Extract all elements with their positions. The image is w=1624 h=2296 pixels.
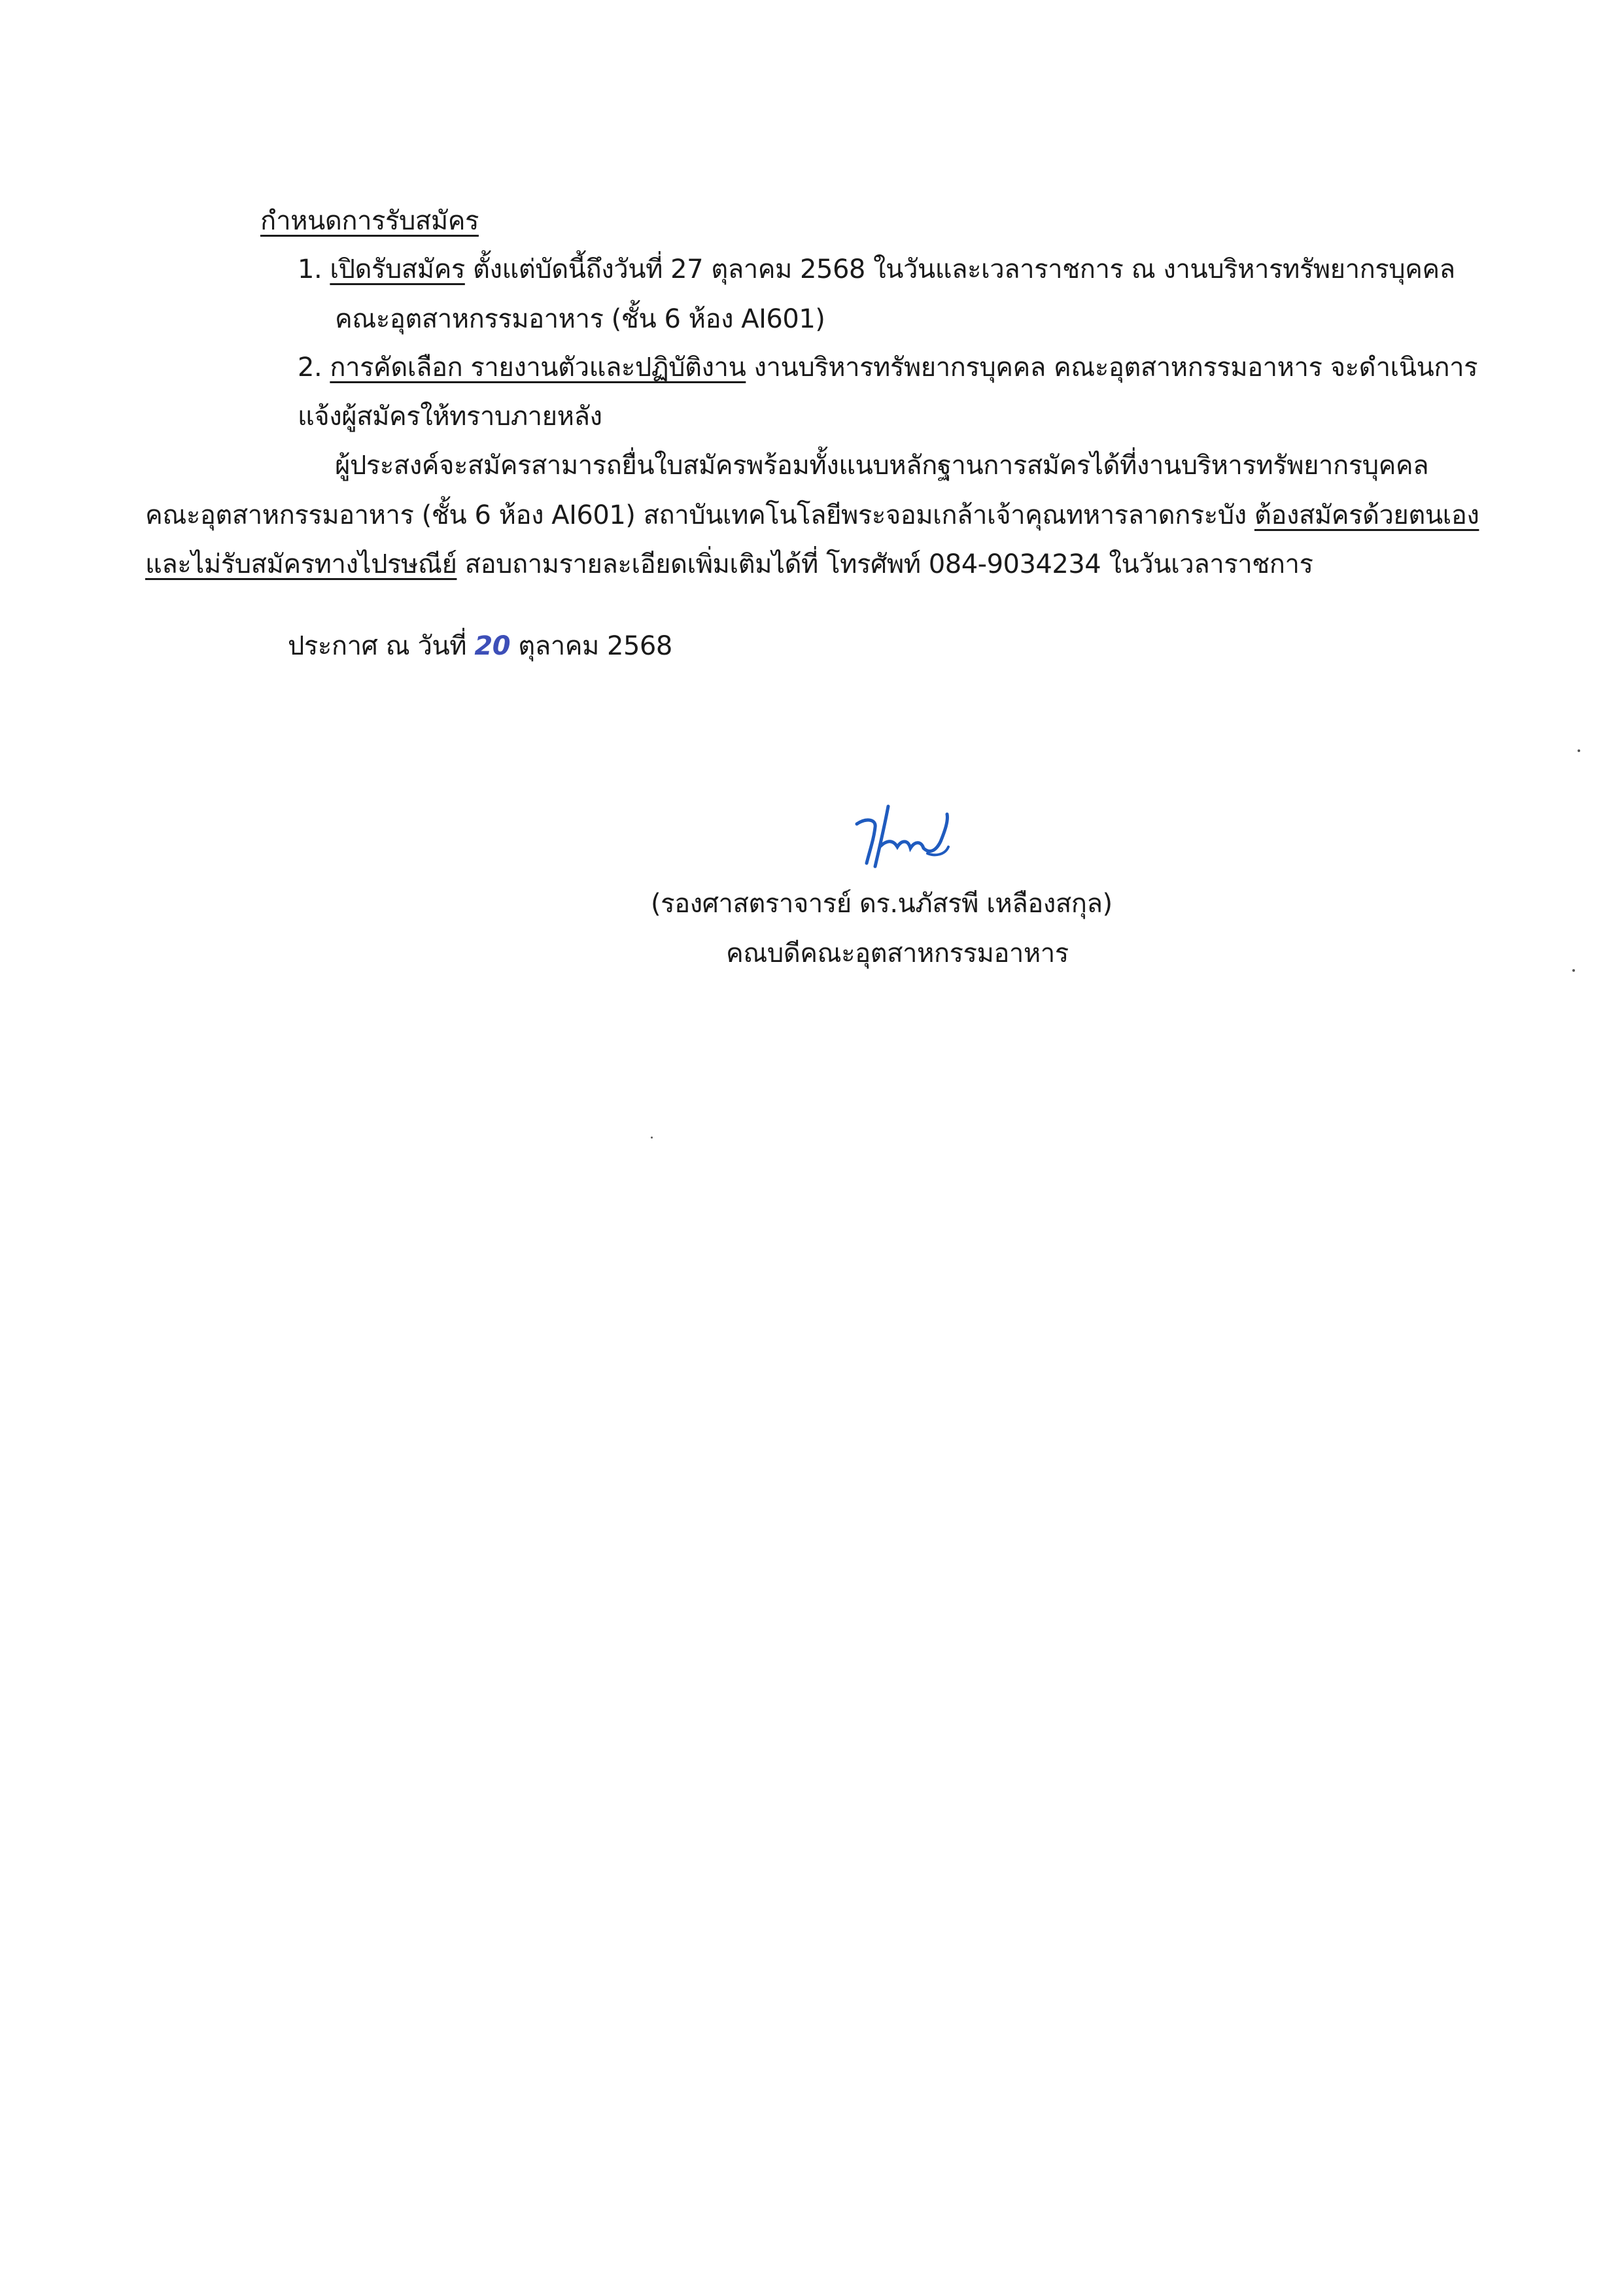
signature-image xyxy=(850,801,994,873)
paragraph-line-1: ผู้ประสงค์จะสมัครสามารถยื่นใบสมัครพร้อมท… xyxy=(335,453,1428,479)
scan-speck xyxy=(651,1137,653,1139)
handwritten-day: 20 xyxy=(474,631,510,661)
list-item-2-text: งานบริหารทรัพยากรบุคคล คณะอุตสาหกรรมอาหา… xyxy=(746,352,1477,383)
list-item-1-continuation: คณะอุตสาหกรรมอาหาร (ชั้น 6 ห้อง AI601) xyxy=(335,306,825,332)
list-item-1-text: ตั้งแต่บัดนี้ถึงวันที่ 27 ตุลาคม 2568 ใน… xyxy=(465,254,1455,284)
list-item-1: 1. เปิดรับสมัคร ตั้งแต่บัดนี้ถึงวันที่ 2… xyxy=(298,256,1455,283)
list-item-2: 2. การคัดเลือก รายงานตัวและปฏิบัติงาน งา… xyxy=(298,354,1477,381)
section-heading: กำหนดการรับสมัคร xyxy=(260,208,479,234)
list-item-1-label: เปิดรับสมัคร xyxy=(330,254,464,284)
signatory-position: คณบดีคณะอุตสาหกรรมอาหาร xyxy=(726,940,1069,967)
document-page: กำหนดการรับสมัคร 1. เปิดรับสมัคร ตั้งแต่… xyxy=(0,0,1624,2296)
apply-in-person-note: ต้องสมัครด้วยตนเอง xyxy=(1254,500,1479,530)
scan-speck xyxy=(1578,749,1580,752)
list-item-2-label: การคัดเลือก รายงานตัวและปฏิบัติงาน xyxy=(330,352,746,383)
paragraph-line-2: คณะอุตสาหกรรมอาหาร (ชั้น 6 ห้อง AI601) ส… xyxy=(145,502,1479,528)
paragraph-line-2-text: คณะอุตสาหกรรมอาหาร (ชั้น 6 ห้อง AI601) ส… xyxy=(145,500,1254,530)
announcement-suffix: ตุลาคม 2568 xyxy=(510,631,672,661)
scan-speck xyxy=(1572,969,1575,972)
signatory-name: (รองศาสตราจารย์ ดร.นภัสรพี เหลืองสกุล) xyxy=(651,891,1113,917)
announcement-prefix: ประกาศ ณ วันที่ xyxy=(288,631,474,661)
contact-info: สอบถามรายละเอียดเพิ่มเติมได้ที่ โทรศัพท์… xyxy=(457,549,1313,579)
list-item-2-continuation: แจ้งผู้สมัครให้ทราบภายหลัง xyxy=(298,403,602,430)
no-mail-application-note: และไม่รับสมัครทางไปรษณีย์ xyxy=(145,549,457,579)
list-item-1-number: 1. xyxy=(298,254,322,284)
paragraph-line-3: และไม่รับสมัครทางไปรษณีย์ สอบถามรายละเอี… xyxy=(145,551,1313,577)
announcement-date: ประกาศ ณ วันที่ 20 ตุลาคม 2568 xyxy=(288,633,672,659)
list-item-2-number: 2. xyxy=(298,352,322,383)
